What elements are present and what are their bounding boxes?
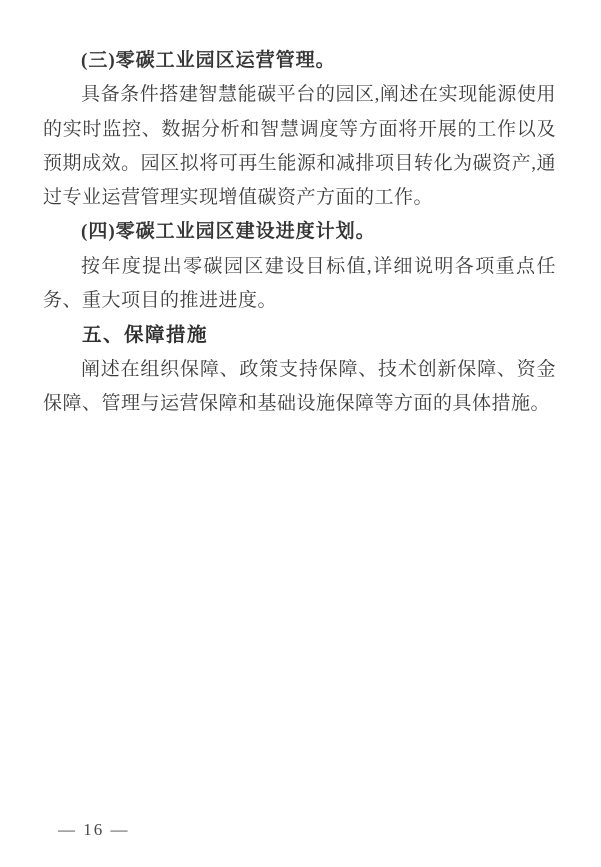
paragraph-construction-schedule: 按年度提出零碳园区建设目标值,详细说明各项重点任务、重大项目的推进进度。 — [43, 250, 556, 319]
page-number: — 16 — — [58, 820, 130, 839]
section-heading-four: (四)零碳工业园区建设进度计划。 — [43, 215, 556, 249]
section-heading-three: (三)零碳工业园区运营管理。 — [43, 44, 556, 78]
paragraph-operations-management: 具备条件搭建智慧能碳平台的园区,阐述在实现能源使用的实时监控、数据分析和智慧调度… — [43, 78, 556, 215]
paragraph-safeguard-measures: 阐述在组织保障、政策支持保障、技术创新保障、资金保障、管理与运营保障和基础设施保… — [43, 353, 556, 422]
page-footer: — 16 — — [58, 820, 130, 840]
document-body: (三)零碳工业园区运营管理。 具备条件搭建智慧能碳平台的园区,阐述在实现能源使用… — [43, 44, 556, 421]
document-page: (三)零碳工业园区运营管理。 具备条件搭建智慧能碳平台的园区,阐述在实现能源使用… — [0, 0, 601, 867]
section-heading-five: 五、保障措施 — [43, 318, 556, 352]
